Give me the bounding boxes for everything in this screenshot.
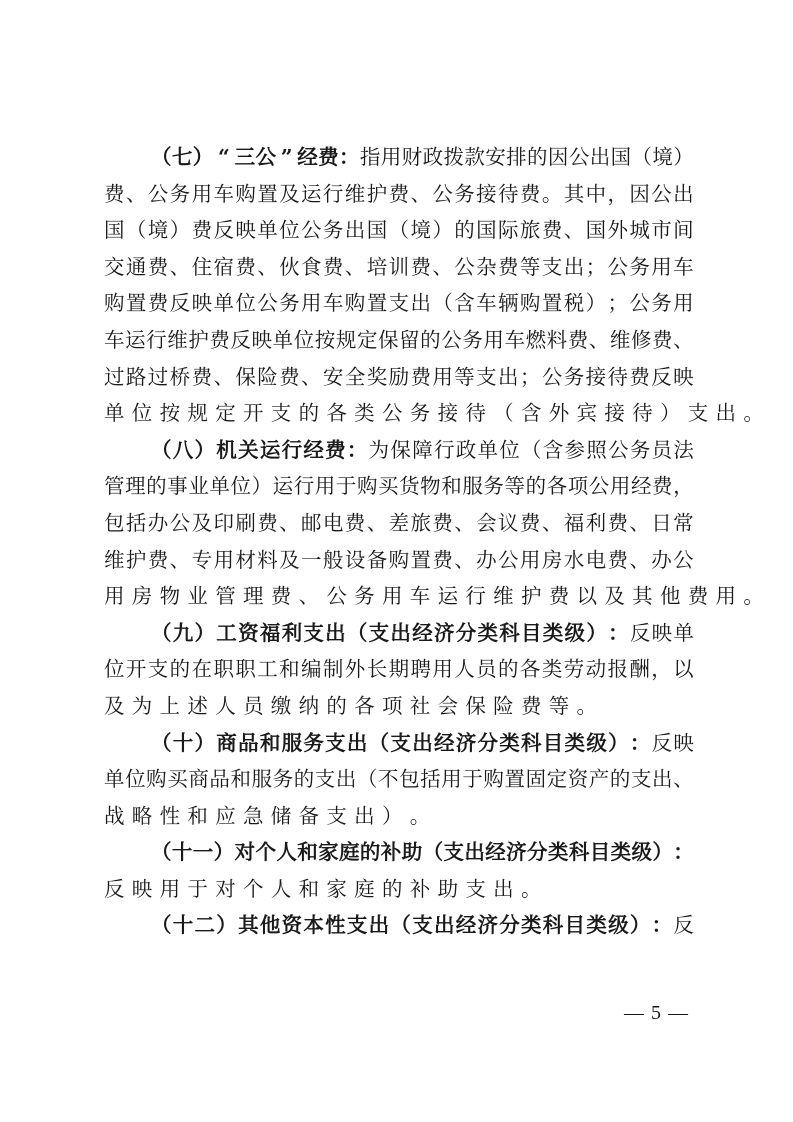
paragraph-line: 过路过桥费、保险费、安全奖励费用等支出；公务接待费反映 [104,359,694,396]
paragraph-first-line: （十二）其他资本性支出（支出经济分类科目类级）：反 [104,907,694,944]
page-number: — 5 — [624,1002,689,1025]
document-page: （七）“三公”经费：指用财政拨款安排的因公出国（境）费、公务用车购置及运行维护费… [0,0,793,1122]
paragraph-first-line: （十）商品和服务支出（支出经济分类科目类级）：反映 [104,725,694,762]
paragraph-line: 战略性和应急储备支出）。 [104,798,694,835]
paragraph-line: 维护费、专用材料及一般设备购置费、办公用房水电费、办公 [104,542,694,579]
paragraph-first-line: （八）机关运行经费：为保障行政单位（含参照公务员法 [104,432,694,469]
paragraph-line: 管理的事业单位）运行用于购买货物和服务等的各项公用经费， [104,468,694,505]
paragraph-first-line: （七）“三公”经费：指用财政拨款安排的因公出国（境） [104,139,694,176]
paragraph-line: 单位购买商品和服务的支出（不包括用于购置固定资产的支出、 [104,761,694,798]
paragraph-line: 国（境）费反映单位公务出国（境）的国际旅费、国外城市间 [104,212,694,249]
paragraph-line: 交通费、住宿费、伙食费、培训费、公杂费等支出；公务用车 [104,249,694,286]
paragraph-line: 包括办公及印刷费、邮电费、差旅费、会议费、福利费、日常 [104,505,694,542]
paragraph-line: 费、公务用车购置及运行维护费、公务接待费。其中，因公出 [104,176,694,213]
paragraph-line: 反映用于对个人和家庭的补助支出。 [104,871,694,908]
paragraph-line: 单位按规定开支的各类公务接待（含外宾接待）支出。 [104,395,694,432]
body-text: （七）“三公”经费：指用财政拨款安排的因公出国（境）费、公务用车购置及运行维护费… [104,139,694,944]
paragraph-line: 用房物业管理费、公务用车运行维护费以及其他费用。 [104,578,694,615]
paragraph-line: 位开支的在职职工和编制外长期聘用人员的各类劳动报酬，以 [104,651,694,688]
paragraph-line: 车运行维护费反映单位按规定保留的公务用车燃料费、维修费、 [104,322,694,359]
paragraph-line: 及为上述人员缴纳的各项社会保险费等。 [104,688,694,725]
paragraph-line: 购置费反映单位公务用车购置支出（含车辆购置税）；公务用 [104,285,694,322]
paragraph-first-line: （九）工资福利支出（支出经济分类科目类级）：反映单 [104,615,694,652]
paragraph-first-line: （十一）对个人和家庭的补助（支出经济分类科目类级）： [104,834,694,871]
